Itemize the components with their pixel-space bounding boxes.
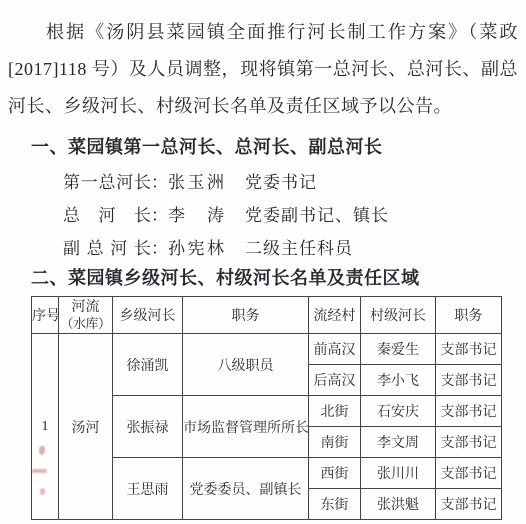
cell-village-duty: 支部书记 xyxy=(436,365,502,396)
appointment-title: 党委副书记、镇长 xyxy=(245,201,389,226)
cell-township-duty: 市场监督管理所所长 xyxy=(183,396,309,458)
header-village: 流经村 xyxy=(309,297,361,334)
cell-village: 后高汉 xyxy=(309,365,361,396)
table-row: 1 汤河 徐涌凯 八级职员 前高汉 秦爱生 支部书记 xyxy=(32,334,502,365)
cell-village-chief: 秦爱生 xyxy=(361,334,436,365)
cell-village-duty: 支部书记 xyxy=(436,427,502,458)
appointment-colon: ： xyxy=(151,234,168,259)
cell-village: 西街 xyxy=(309,458,361,489)
cell-village: 南街 xyxy=(309,427,361,458)
appointment-colon: ： xyxy=(151,201,168,226)
cell-township-duty: 党委委员、副镇长 xyxy=(183,458,309,520)
table-header-row: 序号 河流（水库） 乡级河长 职务 流经村 村级河长 职务 xyxy=(32,297,502,334)
cell-township-chief: 徐涌凯 xyxy=(113,334,183,396)
appointment-name: 张玉洲 xyxy=(168,168,224,193)
section-2-heading: 二、菜园镇乡级河长、村级河长名单及责任区域 xyxy=(31,265,518,291)
appointment-title: 党委书记 xyxy=(245,168,317,193)
river-chiefs-table: 序号 河流（水库） 乡级河长 职务 流经村 村级河长 职务 1 汤河 徐涌凯 八… xyxy=(31,296,502,520)
appointment-label: 第一总河长 xyxy=(63,168,151,193)
cell-village: 前高汉 xyxy=(309,334,361,365)
cell-serial: 1 xyxy=(32,334,59,520)
document-page: 根据《汤阴县菜园镇全面推行河长制工作方案》（菜政[2017]118 号）及人员调… xyxy=(0,0,526,520)
appointment-row-first-chief: 第一总河长： 张玉洲 党委书记 xyxy=(63,164,518,197)
appointment-colon: ： xyxy=(151,168,168,193)
cell-township-duty: 八级职员 xyxy=(183,334,309,396)
header-river-line1: 河流 xyxy=(59,300,112,316)
cell-township-chief: 张振禄 xyxy=(113,396,183,458)
cell-village-chief: 张洪魁 xyxy=(361,489,436,520)
cell-village-chief: 张川川 xyxy=(361,458,436,489)
cell-village-duty: 支部书记 xyxy=(436,489,502,520)
cell-village-duty: 支部书记 xyxy=(436,458,502,489)
cell-village-duty: 支部书记 xyxy=(436,334,502,365)
appointment-title: 二级主任科员 xyxy=(245,234,353,259)
cell-village-chief: 李文周 xyxy=(361,427,436,458)
cell-township-chief: 王思雨 xyxy=(113,458,183,520)
appointment-name: 孙宪林 xyxy=(168,234,224,259)
header-serial: 序号 xyxy=(32,297,59,334)
header-village-chief: 村级河长 xyxy=(361,297,436,334)
appointment-label: 副总河长 xyxy=(63,234,151,259)
appointment-row-deputy-chief: 副总河长： 孙宪林 二级主任科员 xyxy=(63,230,518,263)
header-township-duty: 职务 xyxy=(183,297,309,334)
cell-village: 东街 xyxy=(309,489,361,520)
cell-village: 北街 xyxy=(309,396,361,427)
header-river: 河流（水库） xyxy=(59,297,113,334)
header-river-line2: （水库） xyxy=(59,316,112,331)
intro-paragraph: 根据《汤阴县菜园镇全面推行河长制工作方案》（菜政[2017]118 号）及人员调… xyxy=(8,14,518,125)
appointment-list: 第一总河长： 张玉洲 党委书记 总河长： 李涛 党委副书记、镇长 副总河长： 孙… xyxy=(63,164,518,263)
section-1-heading: 一、菜园镇第一总河长、总河长、副总河长 xyxy=(31,134,518,160)
header-village-duty: 职务 xyxy=(436,297,502,334)
cell-river: 汤河 xyxy=(59,334,113,520)
cell-village-duty: 支部书记 xyxy=(436,396,502,427)
cell-village-chief: 石安庆 xyxy=(361,396,436,427)
appointment-name: 李涛 xyxy=(168,201,224,226)
appointment-row-general-chief: 总河长： 李涛 党委副书记、镇长 xyxy=(63,197,518,230)
header-township-chief: 乡级河长 xyxy=(113,297,183,334)
cell-village-chief: 李小飞 xyxy=(361,365,436,396)
appointment-label: 总河长 xyxy=(63,201,151,226)
